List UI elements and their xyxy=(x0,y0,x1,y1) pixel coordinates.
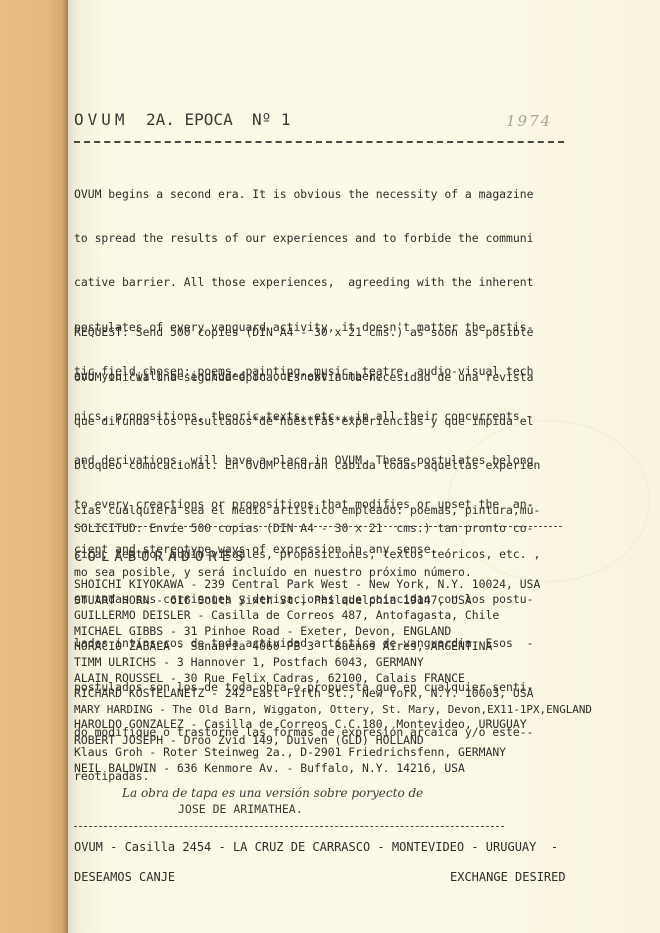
collaborator-entry: HAROLDO GONZALEZ - Casilla de Correos C.… xyxy=(74,717,592,733)
cover-credit: La obra de tapa es una versión sobre por… xyxy=(122,785,423,817)
collaborator-entry: HORACIO ZABALA - Sanabria 4060 PB 3 - Bu… xyxy=(74,639,592,655)
collaborator-entry: ALAIN ROUSSEL - 30 Rue Felix Cadras, 621… xyxy=(74,671,592,687)
text-line: SOLICITUD: Envíe 500 copias (DIN A4 - 30… xyxy=(74,521,533,536)
magazine-title: OVUM xyxy=(74,110,129,129)
collaborator-entry: SHOICHI KIYOKAWA - 239 Central Park West… xyxy=(74,577,592,593)
collaborator-entry: RICHARD KOSTELANETZ - 242 East Fifth St.… xyxy=(74,686,592,702)
text-line: OVUM inicia una segunda época. Es obvia … xyxy=(74,370,540,385)
footer-divider xyxy=(74,826,504,827)
handwritten-year: 1974 xyxy=(506,112,552,130)
exchange-note-spanish: DESEAMOS CANJE xyxy=(74,870,175,884)
collaborator-entry: MICHAEL GIBBS - 31 Pinhoe Road - Exeter,… xyxy=(74,624,592,640)
collaborator-entry: STUART HORN - 616 South Sixth St., Phila… xyxy=(74,593,592,609)
exchange-note-english: EXCHANGE DESIRED xyxy=(450,870,566,884)
cover-artist-name: JOSE DE ARIMATHEA. xyxy=(122,801,423,817)
epoch-label: 2A. EPOCA xyxy=(146,110,233,129)
issue-number: Nº 1 xyxy=(252,110,291,129)
masthead: OVUM 2A. EPOCA Nº 1 1974 xyxy=(74,110,574,134)
collaborator-entry: NEIL BALDWIN - 636 Kenmore Av. - Buffalo… xyxy=(74,761,506,777)
collaborator-entry: GUILLERMO DEISLER - Casilla de Correos 4… xyxy=(74,608,592,624)
collaborators-heading: COLABORADORES xyxy=(74,549,249,565)
text-line: OVUM begins a second era. It is obvious … xyxy=(74,187,533,202)
footer-address: OVUM - Casilla 2454 - LA CRUZ DE CARRASC… xyxy=(74,840,558,854)
book-binding-edge xyxy=(0,0,68,933)
collaborators-list-extra: Klaus Groh - Roter Steinweg 2a., D-2901 … xyxy=(74,745,506,776)
collaborator-entry: TIMM ULRICHS - 3 Hannover 1, Postfach 60… xyxy=(74,655,592,671)
text-line: bloqueo comucacional. En OVUM tendrán ca… xyxy=(74,458,540,473)
masthead-divider xyxy=(74,141,564,143)
cover-credit-line: La obra de tapa es una versión sobre por… xyxy=(122,785,423,801)
section-divider xyxy=(74,526,562,527)
text-line: REQUEST: Send 500 copies (DIN A4 - 30 x … xyxy=(74,325,533,340)
text-line: to spread the results of our experiences… xyxy=(74,231,533,246)
collaborators-list: SHOICHI KIYOKAWA - 239 Central Park West… xyxy=(74,577,592,749)
text-line: cative barrier. All those experiences, a… xyxy=(74,275,533,290)
collaborator-entry: Klaus Groh - Roter Steinweg 2a., D-2901 … xyxy=(74,745,506,761)
collaborator-entry: MARY HARDING - The Old Barn, Wiggaton, O… xyxy=(74,702,592,718)
text-line: que difunda los resultados de nuestras e… xyxy=(74,414,540,429)
